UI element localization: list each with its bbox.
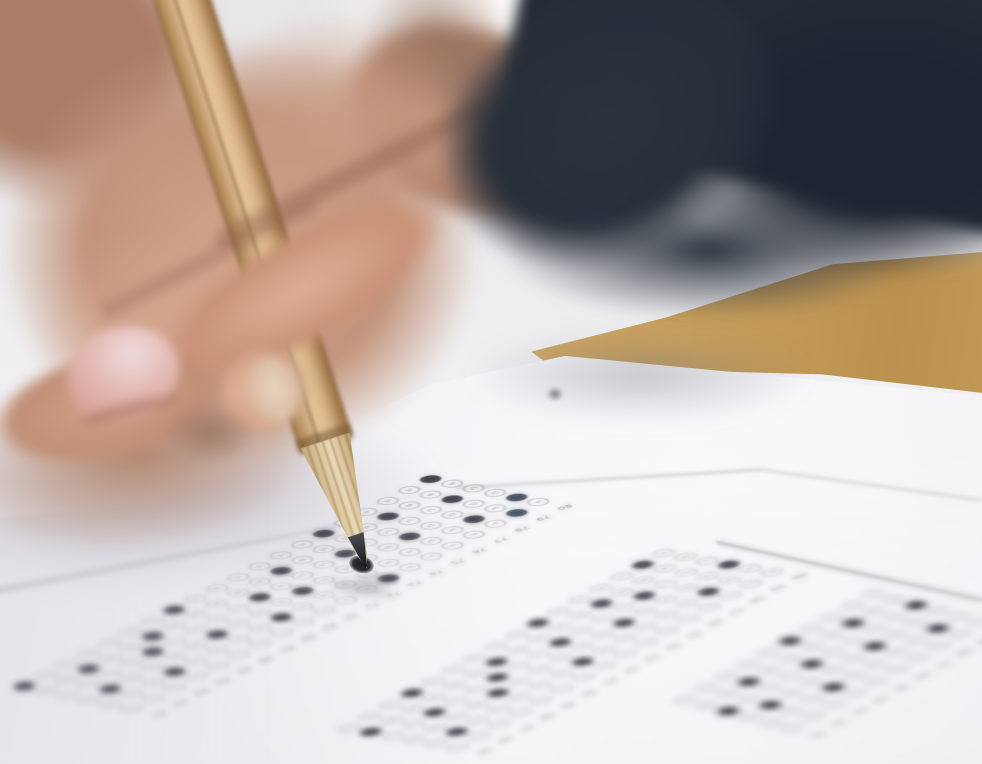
sweater-sleeve	[0, 0, 982, 764]
sleeve-lower-edge	[500, 180, 920, 320]
photo-canvas: ABCDEF80ABCDEF79ABCDEF78ABCDEF77ABCDEF76…	[0, 0, 982, 764]
